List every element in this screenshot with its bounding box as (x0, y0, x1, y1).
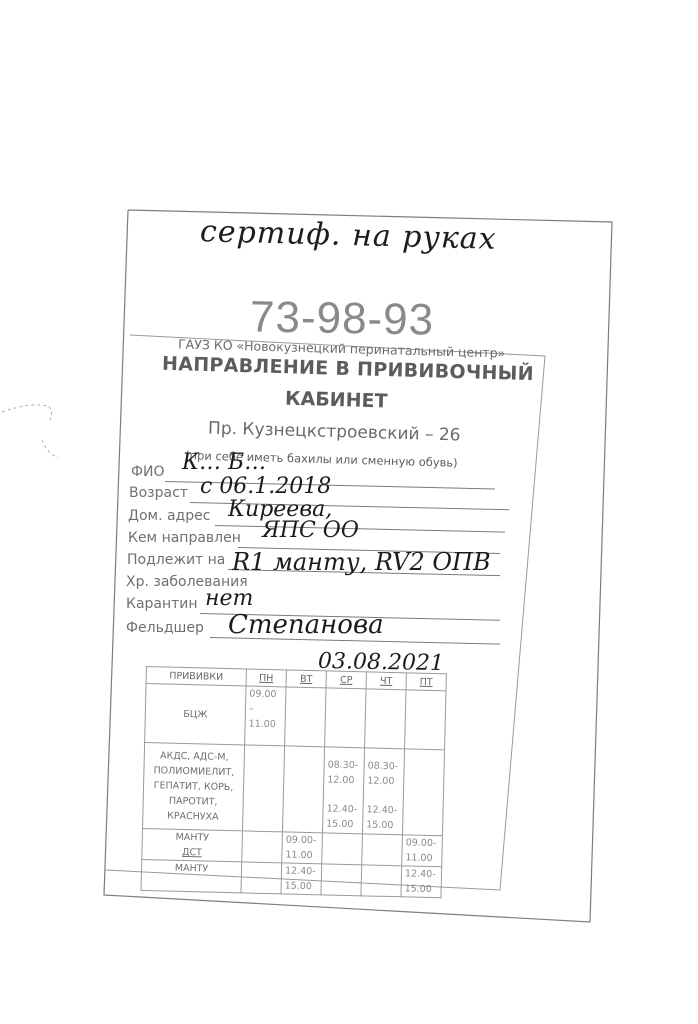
time-cell (321, 864, 362, 896)
time-cell: 08.30- 12.00 12.40- 15.00 (362, 748, 404, 835)
vaccine-line: ГЕПАТИТ, КОРЬ, (147, 778, 240, 795)
time-cell (242, 831, 283, 863)
vaccine-name: АКДС, АДС-М, ПОЛИОМИЕЛИТ, ГЕПАТИТ, КОРЬ,… (143, 742, 245, 830)
time-text: 12.40- (326, 801, 359, 817)
time-cell (405, 690, 446, 750)
time-cell: 09.00- 11.00 (402, 835, 443, 867)
vaccine-name: МАНТУ ДСТ (142, 828, 243, 861)
vaccine-line: КРАСНУХА (146, 808, 239, 825)
header-tue: ВТ (286, 670, 326, 688)
clinic-address: Пр. Кузнецкстроевский – 26 (208, 418, 461, 445)
phone-number: 73-98-93 (250, 292, 435, 345)
time-text: 09.00- (286, 832, 319, 848)
time-text: – (249, 702, 282, 718)
time-text: 08.30- (327, 757, 360, 773)
time-text: 11.00 (405, 850, 438, 866)
time-cell: 09.00 – 11.00 (245, 686, 286, 746)
time-cell (365, 689, 406, 749)
time-cell: 12.40- 15.00 (401, 866, 442, 898)
field-value-quarantine: нет (205, 586, 253, 611)
time-cell (285, 687, 326, 747)
time-text: 15.00 (284, 878, 317, 894)
header-thu: ЧТ (366, 672, 406, 690)
header-fri: ПТ (406, 673, 446, 691)
time-text: 08.30- (367, 758, 400, 774)
time-cell (361, 865, 402, 897)
field-value-due-for: R1 манту, RV2 ОПВ (232, 548, 491, 576)
time-text: 15.00 (366, 817, 399, 833)
time-text: 12.40- (285, 863, 318, 879)
vaccine-name: БЦЖ (145, 684, 246, 745)
header-mon: ПН (246, 669, 286, 687)
time-cell (241, 862, 282, 894)
time-text: 12.40- (405, 866, 438, 882)
time-cell: 08.30- 12.00 12.40- 15.00 (322, 747, 364, 834)
field-value-referred-by: ЯПС ОО (262, 518, 359, 543)
field-value-paramedic: Степанова (228, 610, 384, 640)
table-row: МАНТУ 12.40- 15.00 12.40- 15.00 (141, 859, 442, 897)
field-label-fio: ФИО (131, 464, 165, 480)
field-label-address: Дом. адрес (128, 508, 210, 524)
time-cell (402, 749, 444, 836)
field-label-referred-by: Кем направлен (128, 530, 241, 546)
field-label-due-for: Подлежит на (127, 552, 225, 568)
time-text: 12.00 (327, 772, 360, 788)
field-value-age: с 06.1.2018 (200, 474, 331, 499)
field-label-age: Возраст (129, 485, 188, 501)
handwritten-note: сертиф. на руках (200, 214, 497, 257)
field-label-quarantine: Карантин (126, 596, 198, 612)
time-cell (362, 834, 403, 866)
header-wed: СР (326, 671, 366, 689)
time-text: 09.00- (406, 835, 439, 851)
vaccination-schedule-table: ПРИВИВКИ ПН ВТ СР ЧТ ПТ БЦЖ 09.00 – 11.0… (141, 666, 447, 898)
field-label-paramedic: Фельдшер (126, 620, 204, 636)
form-title-line2: КАБИНЕТ (285, 388, 388, 413)
time-text: 15.00 (326, 816, 359, 832)
table-row: АКДС, АДС-М, ПОЛИОМИЕЛИТ, ГЕПАТИТ, КОРЬ,… (143, 742, 445, 835)
time-text: 09.00 (249, 687, 282, 703)
table-row: БЦЖ 09.00 – 11.00 (145, 684, 446, 750)
time-text: 15.00 (404, 881, 437, 897)
vaccine-line: ДСТ (145, 844, 238, 861)
time-cell (242, 745, 284, 832)
field-line-address (215, 525, 505, 533)
time-cell (325, 688, 366, 748)
field-value-fio: К… Б… (182, 450, 266, 475)
time-text: 12.00 (367, 773, 400, 789)
time-text: 11.00 (248, 717, 281, 733)
vaccine-name: МАНТУ (141, 859, 242, 892)
scanned-page: сертиф. на руках 73-98-93 ГАУЗ КО «Новок… (0, 0, 698, 1024)
time-cell: 09.00- 11.00 (282, 832, 323, 864)
time-text: 11.00 (285, 847, 318, 863)
time-cell: 12.40- 15.00 (281, 863, 322, 895)
time-text: 12.40- (366, 802, 399, 818)
time-cell (282, 746, 324, 833)
time-cell (322, 833, 363, 865)
